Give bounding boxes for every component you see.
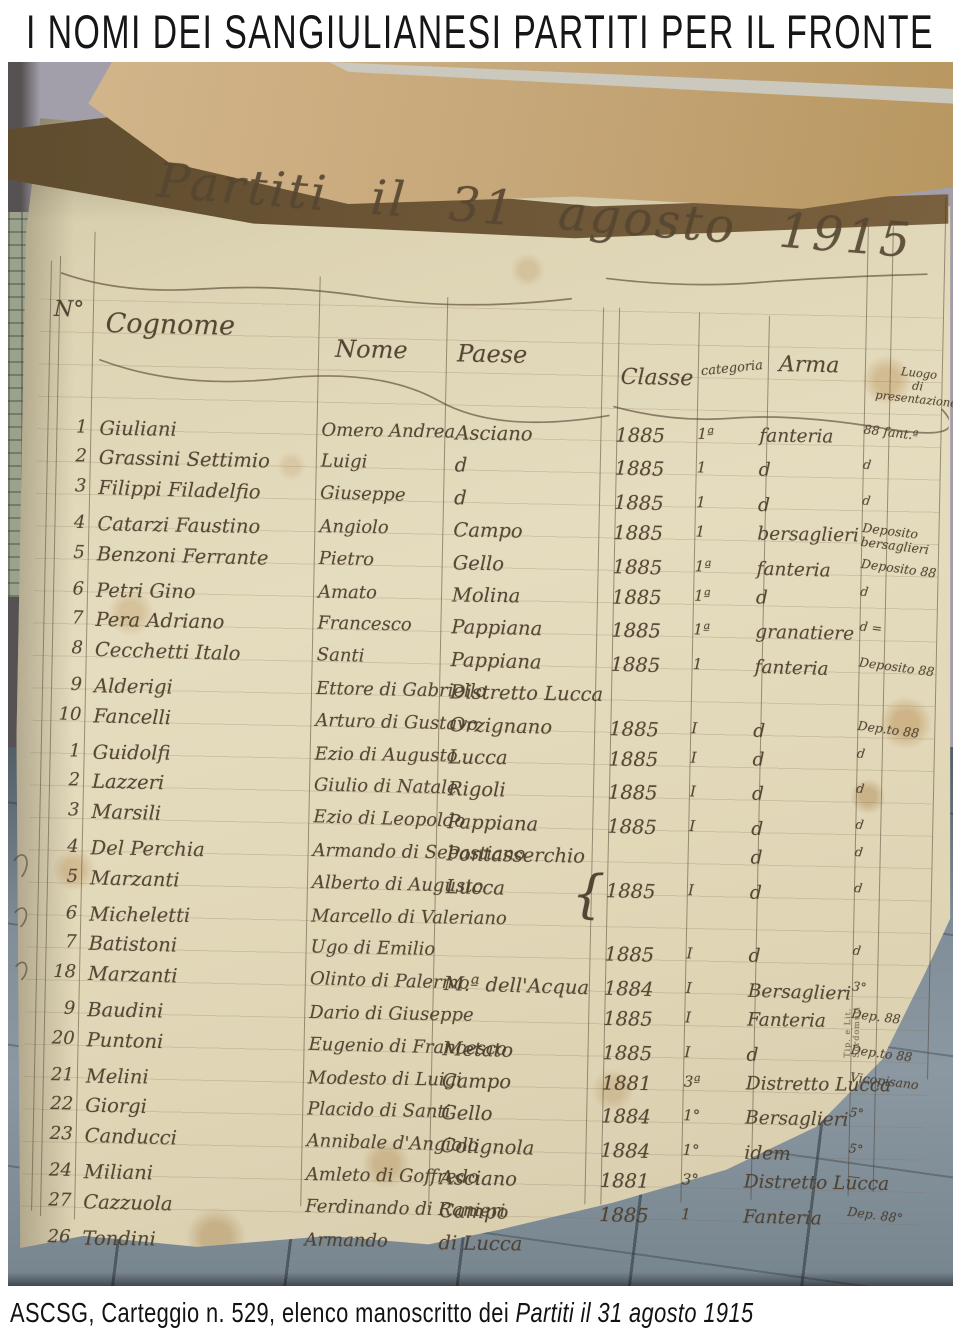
cell-num: 4 — [51, 512, 85, 534]
cell-cognome: Miliani — [84, 1160, 153, 1184]
document-page: I NOMI DEI SANGIULIANESI PARTITI PER IL … — [0, 0, 960, 1344]
column-header-classe: Classe — [620, 365, 693, 392]
cell-paese: Pontasserchio — [446, 843, 585, 868]
cell-cognome: Del Perchia — [90, 836, 204, 861]
cell-paese: Metato — [442, 1037, 513, 1062]
cell-nome: Ezio di Leopoldo — [313, 806, 465, 831]
cell-cognome: Micheletti — [89, 903, 190, 927]
cell-classe: 1884 — [600, 1138, 650, 1162]
cell-classe: 1885 — [611, 619, 661, 643]
cell-nome: Giuseppe — [320, 482, 406, 505]
cell-cat: I — [686, 979, 692, 997]
column-header-cognome: Cognome — [105, 308, 235, 342]
cell-cognome: Petri Gino — [96, 579, 196, 603]
handwritten-content: Partiti il 31 agosto 1915 N° Cognome Nom… — [8, 62, 953, 1286]
cell-paese: Gello — [452, 551, 504, 575]
cell-paese: Campo — [439, 1199, 509, 1224]
cell-paese: Pappiana — [451, 616, 542, 641]
cell-num: 23 — [38, 1122, 73, 1144]
cell-cognome: Grassini Settimio — [99, 446, 270, 473]
cell-num: 4 — [45, 836, 79, 858]
cell-num: 27 — [37, 1189, 72, 1211]
cell-cognome: Pera Adriano — [95, 608, 224, 634]
cell-num: 21 — [40, 1064, 74, 1085]
cell-classe: 1885 — [608, 748, 658, 772]
cell-paese: Pappiana — [447, 810, 539, 836]
cell-classe: 1885 — [606, 879, 656, 903]
cell-num: 22 — [39, 1093, 73, 1115]
cell-paese: M.ª dell'Acqua — [444, 972, 590, 999]
cell-arma: d — [753, 720, 765, 741]
cell-classe: 1881 — [600, 1169, 650, 1193]
cell-classe: 1881 — [602, 1071, 652, 1095]
cell-num: 8 — [49, 636, 84, 658]
cell-classe: 1885 — [612, 586, 662, 610]
cell-arma: d — [756, 587, 768, 608]
cell-classe: 1885 — [610, 652, 660, 676]
cell-nome: Santi — [317, 644, 365, 666]
cell-cognome: Cecchetti Italo — [95, 638, 241, 665]
cell-paese: Distretto Lucca — [450, 681, 604, 707]
cell-cognome: Guidolfi — [93, 741, 171, 765]
cell-nome: Angiolo — [319, 516, 389, 538]
cell-nome: Ezio di Augusto — [315, 744, 458, 767]
cell-nome: Modesto di Luigi — [308, 1068, 462, 1091]
cell-cat: I — [691, 719, 697, 737]
cell-num: 6 — [50, 578, 84, 599]
cell-cat: 1° — [683, 1107, 700, 1125]
cell-nome: Omero Andrea — [321, 420, 455, 443]
cell-arma: d — [750, 882, 762, 903]
cell-nome: Dario di Giuseppe — [309, 1002, 474, 1026]
cell-paese: Orzignano — [449, 713, 552, 739]
cell-cat: I — [685, 1009, 691, 1027]
cell-paese: Rigoli — [448, 778, 506, 802]
cell-arma: granatiere — [755, 622, 854, 645]
cell-cognome: Puntoni — [86, 1028, 163, 1053]
cell-paese: Campo — [453, 519, 523, 543]
cell-classe: 1884 — [601, 1105, 651, 1129]
cell-cat: 1 — [681, 1205, 691, 1223]
cell-arma: d — [748, 946, 760, 967]
page-title: I NOMI DEI SANGIULIANESI PARTITI PER IL … — [26, 4, 934, 59]
cell-cat: 1ª — [693, 621, 710, 639]
cell-classe: 1885 — [614, 491, 664, 515]
cell-num: 7 — [42, 931, 76, 953]
cell-cat: 1 — [695, 523, 705, 541]
cell-cognome: Batistoni — [88, 932, 177, 957]
cell-paese: Colignola — [440, 1134, 534, 1160]
cell-cat: 1 — [696, 493, 706, 511]
cell-paese: di Lucca — [438, 1231, 522, 1255]
cell-num: 20 — [40, 1027, 75, 1049]
cell-classe: 1885 — [615, 424, 665, 448]
column-header-nome: Nome — [335, 335, 408, 365]
cell-cat: 1ª — [697, 425, 714, 443]
cell-arma: d — [752, 749, 764, 770]
cell-luogo: Deposito bersaglieri — [860, 521, 949, 558]
cell-cognome: Giuliani — [99, 417, 177, 441]
cell-num: 26 — [36, 1226, 70, 1247]
cell-cat: 1 — [692, 655, 702, 673]
cell-num: 2 — [53, 445, 87, 467]
cell-arma: d — [759, 460, 771, 481]
cell-paese: Lucca — [448, 745, 507, 769]
cell-paese: Molina — [452, 583, 521, 607]
cell-paese: Asciano — [440, 1166, 518, 1190]
cell-arma: fanteria — [756, 558, 830, 581]
cell-cognome: Filippi Filadelfio — [98, 476, 261, 504]
manuscript-photo: Partiti il 31 agosto 1915 N° Cognome Nom… — [8, 62, 953, 1286]
cell-num: 10 — [47, 703, 82, 725]
cell-paese: Asciano — [455, 421, 532, 445]
cell-cat: 3ª — [684, 1073, 701, 1091]
cell-nome: Marcello di Valeriano — [311, 906, 507, 930]
cell-paese: Campo — [442, 1069, 512, 1093]
cell-classe: 1885 — [604, 943, 654, 967]
cell-arma: idem — [744, 1143, 791, 1165]
cell-cognome: Catarzi Faustino — [97, 512, 260, 538]
cell-cognome: Canducci — [84, 1124, 177, 1150]
cell-nome: Giulio di Natale — [314, 775, 458, 799]
cell-cognome: Marzanti — [88, 962, 178, 988]
column-header-arma: Arma — [779, 352, 840, 378]
cell-cat: I — [684, 1043, 690, 1061]
manuscript-heading: Partiti il 31 agosto 1915 — [155, 153, 915, 270]
cell-arma: Bersaglieri — [748, 981, 852, 1005]
cell-nome: Francesco — [317, 613, 412, 636]
cell-num: 7 — [49, 607, 83, 629]
cell-num: 6 — [43, 902, 77, 923]
cell-cat: I — [690, 783, 696, 801]
cell-arma: d — [750, 848, 762, 869]
cell-nome: Pietro — [319, 547, 375, 569]
cell-num: 3 — [45, 798, 80, 820]
cell-num: 1 — [47, 740, 81, 761]
cell-nome: Armando — [304, 1230, 388, 1252]
cell-cognome: Benzoni Ferrante — [97, 542, 269, 569]
cell-nome: Amato — [318, 582, 377, 604]
cell-cognome: Marzanti — [90, 866, 180, 891]
cell-nome: Luigi — [321, 451, 368, 473]
cell-cat: 1ª — [694, 587, 711, 605]
cell-num: 24 — [38, 1160, 72, 1182]
archive-caption: ASCSG, Carteggio n. 529, elenco manoscri… — [10, 1297, 754, 1329]
cell-paese: d — [455, 454, 468, 477]
cell-classe: 1884 — [604, 976, 654, 1000]
cell-nome: Placido di Santi — [307, 1099, 451, 1123]
cell-classe: 1885 — [599, 1203, 649, 1227]
cell-cognome: Fancelli — [93, 704, 171, 729]
cell-classe: 1885 — [607, 814, 657, 838]
cell-num: 2 — [46, 769, 80, 791]
cell-cat: I — [689, 817, 695, 835]
cell-classe: 1885 — [603, 1007, 653, 1031]
cell-classe: 1885 — [602, 1041, 652, 1065]
cell-num: 9 — [48, 674, 82, 696]
cell-num: 18 — [42, 960, 77, 982]
cell-num: 9 — [41, 998, 75, 1020]
cell-cat: I — [686, 945, 692, 963]
cell-arma: fanteria — [759, 426, 833, 448]
cell-cognome: Marsili — [91, 800, 161, 825]
cell-classe: 1885 — [609, 717, 659, 741]
cell-paese: d — [454, 486, 467, 509]
cell-cat: 3° — [682, 1171, 699, 1189]
cell-classe: 1885 — [613, 521, 663, 545]
cell-cat: I — [688, 881, 694, 899]
cell-paese: Gello — [441, 1102, 493, 1126]
cell-arma: Fanteria — [747, 1010, 826, 1032]
cell-arma: d — [751, 819, 763, 840]
cell-nome: Ugo di Emilio — [310, 937, 435, 961]
cell-classe: 1885 — [608, 781, 658, 805]
cell-paese: Lucca — [446, 875, 506, 899]
column-header-numero: N° — [54, 297, 85, 323]
cell-arma: d — [746, 1044, 758, 1065]
cell-cat: 1° — [682, 1141, 700, 1159]
caption-italic-text: Partiti il 31 agosto 1915 — [516, 1297, 754, 1328]
cell-cat: 1ª — [695, 557, 712, 575]
cell-cat: I — [691, 749, 697, 767]
cell-arma: bersaglieri — [757, 524, 859, 547]
cell-arma: d — [752, 784, 764, 805]
cell-num: 1 — [53, 416, 87, 437]
cell-arma: fanteria — [754, 657, 829, 680]
cell-arma: Bersaglieri — [745, 1108, 849, 1131]
printer-mark: Tip. e Lit. Sordomuti — [842, 965, 862, 1058]
cell-num: 3 — [52, 474, 87, 496]
cell-cognome: Lazzeri — [92, 770, 165, 795]
cell-cognome: Giorgi — [85, 1094, 147, 1118]
cell-cognome: Tondini — [82, 1227, 156, 1251]
column-header-paese: Paese — [457, 339, 528, 368]
cell-classe: 1885 — [612, 555, 662, 579]
cell-cognome: Alderigi — [94, 674, 173, 698]
cell-cat: 1 — [697, 459, 707, 477]
cell-num: 5 — [44, 865, 79, 887]
cell-paese: Pappiana — [450, 648, 542, 674]
cell-cognome: Cazzuola — [83, 1190, 173, 1215]
cell-cognome: Baudini — [87, 998, 163, 1022]
caption-text: ASCSG, Carteggio n. 529, elenco manoscri… — [10, 1297, 516, 1328]
cell-cognome: Melini — [86, 1065, 149, 1089]
cell-classe: 1885 — [614, 457, 664, 481]
cell-arma: d — [758, 495, 770, 516]
cell-num: 5 — [51, 541, 86, 563]
cell-arma: Fanteria — [743, 1206, 822, 1229]
